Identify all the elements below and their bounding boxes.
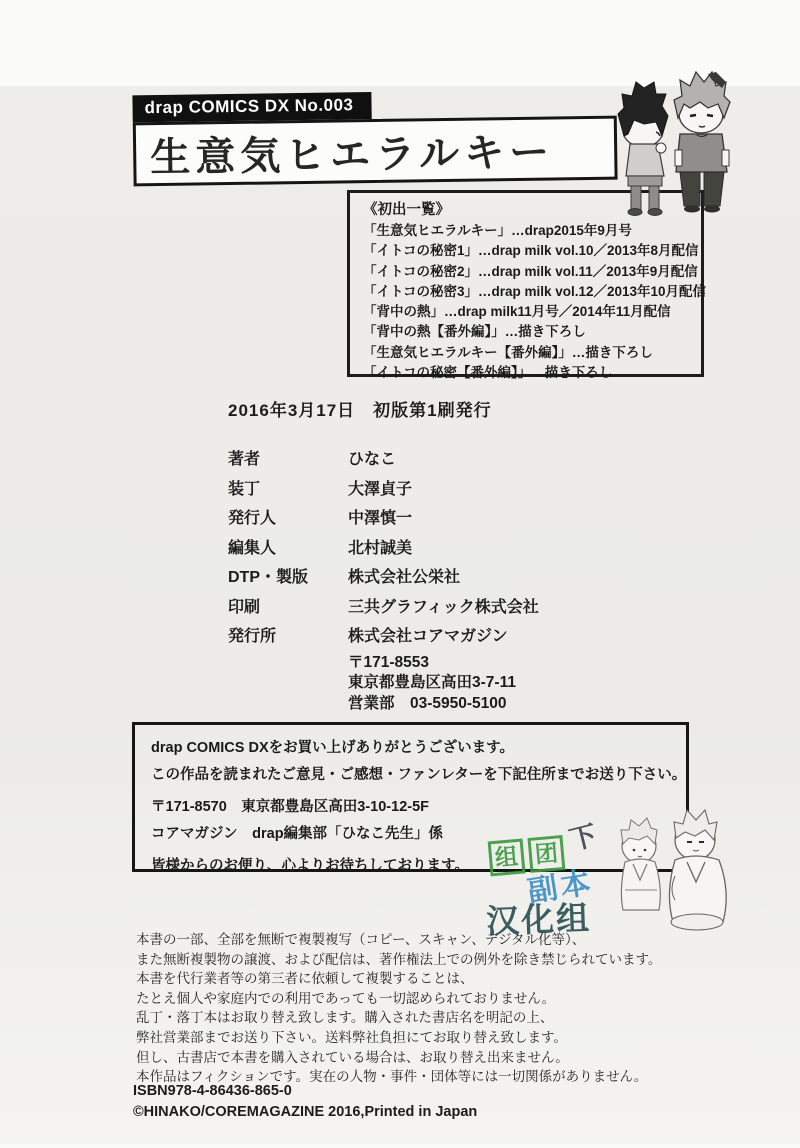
credit-row-publisher-person: 発行人 中澤慎一 [228, 505, 539, 535]
credit-row-dtp: DTP・製版 株式会社公栄社 [228, 564, 539, 594]
publisher-address: 〒171-8553 東京都豊島区高田3-7-11 営業部 03-5950-510… [348, 653, 539, 715]
credit-value: 中澤慎一 [348, 505, 412, 535]
credit-row-editor: 編集人 北村誠美 [228, 535, 539, 565]
first-publication-item: 「イトコの秘密3」…drap milk vol.12／2013年10月配信 [363, 282, 701, 302]
book-title-box: 生意気ヒエラルキー [133, 116, 618, 187]
edition-line: 2016年3月17日 初版第1刷発行 [228, 396, 492, 421]
first-publication-box: 《初出一覧》 「生意気ヒエラルキー」…drap2015年9月号 「イトコの秘密1… [347, 190, 704, 377]
credits-table: 著者 ひなこ 装丁 大澤貞子 発行人 中澤慎一 編集人 北村誠美 DTP・製版 … [228, 446, 539, 714]
credit-label: DTP・製版 [228, 564, 348, 594]
credit-label: 編集人 [228, 535, 348, 565]
fan-mail-request-line: この作品を読まれたご意見・ご感想・ファンレターを下記住所までお送り下さい。 [151, 762, 686, 789]
first-publication-item: 「生意気ヒエラルキー」…drap2015年9月号 [363, 221, 701, 241]
credit-value: 大澤貞子 [348, 476, 412, 506]
credit-value: 北村誠美 [348, 535, 412, 565]
credit-row-printing: 印刷 三共グラフィック株式会社 [228, 594, 539, 624]
isbn: ISBN978-4-86436-865-0 [133, 1083, 292, 1099]
credit-label: 印刷 [228, 594, 348, 624]
legal-line: 弊社営業部までお送り下さい。送料弊社負担にてお取り替え致します。 [136, 1028, 661, 1048]
publisher-sales-phone: 営業部 03-5950-5100 [348, 694, 539, 715]
series-label: drap COMICS DX No.003 [132, 92, 371, 122]
copyright-line: ©HINAKO/COREMAGAZINE 2016,Printed in Jap… [133, 1104, 477, 1120]
credit-label: 著者 [228, 446, 348, 476]
legal-line: 但し、古書店で本書を購入されている場合は、お取り替え出来ません。 [136, 1048, 661, 1068]
chibi-characters-bottom-illustration [595, 798, 740, 933]
legal-text: 本書の一部、全部を無断で複製複写（コピー、スキャン、デジタル化等）、 また無断複… [136, 930, 661, 1087]
credit-value: 株式会社コアマガジン [348, 623, 508, 653]
first-publication-item: 「背中の熱」…drap milk11月号／2014年11月配信 [363, 302, 701, 322]
first-publication-item: 「背中の熱【番外編】」…描き下ろし [363, 322, 701, 342]
first-publication-item: 「イトコの秘密2」…drap milk vol.11／2013年9月配信 [363, 262, 701, 282]
chibi-kimono-boy-right [669, 810, 726, 930]
credit-value: 三共グラフィック株式会社 [348, 594, 539, 624]
chibi-boy-dark-hair [618, 82, 668, 216]
first-publication-item: 「イトコの秘密1」…drap milk vol.10／2013年8月配信 [363, 241, 701, 261]
watermark-char: 组 [488, 839, 526, 877]
chibi-boy-gray-hair [674, 72, 730, 213]
credit-row-publishing-house: 発行所 株式会社コアマガジン [228, 623, 539, 653]
first-publication-item: 「イトコの秘密【番外編】」…描き下ろし [363, 363, 701, 383]
credit-label: 装丁 [228, 476, 348, 506]
first-publication-item: 「生意気ヒエラルキー【番外編】」…描き下ろし [363, 343, 701, 363]
publisher-street-address: 東京都豊島区高田3-7-11 [348, 673, 539, 694]
chibi-kimono-boy-left [621, 818, 660, 910]
book-title: 生意気ヒエラルキー [150, 120, 555, 183]
credit-row-author: 著者 ひなこ [228, 446, 539, 476]
fan-mail-thanks-line: drap COMICS DXをお買い上げありがとうございます。 [151, 735, 686, 762]
title-block: drap COMICS DX No.003 生意気ヒエラルキー [132, 89, 617, 187]
credit-value: 株式会社公栄社 [348, 564, 460, 594]
credit-row-design: 装丁 大澤貞子 [228, 476, 539, 506]
legal-line: たとえ個人や家庭内での利用であっても一切認められておりません。 [136, 989, 661, 1009]
legal-line: 乱丁・落丁本はお取り替え致します。購入された書店名を明記の上、 [136, 1008, 661, 1028]
credit-label: 発行所 [228, 623, 348, 653]
colophon-page: drap COMICS DX No.003 生意気ヒエラルキー [0, 0, 800, 1148]
publisher-postal-code: 〒171-8553 [348, 653, 539, 674]
scanlation-watermark-group: 汉化组 [485, 892, 592, 943]
credit-label: 発行人 [228, 505, 348, 535]
legal-line: 本書を代行業者等の第三者に依頼して複製することは、 [136, 969, 661, 989]
legal-line: また無断複製物の譲渡、および配信は、著作権法上での例外を除き禁じられています。 [136, 950, 661, 970]
chibi-characters-top-illustration [604, 44, 739, 216]
credit-value: ひなこ [348, 446, 396, 476]
